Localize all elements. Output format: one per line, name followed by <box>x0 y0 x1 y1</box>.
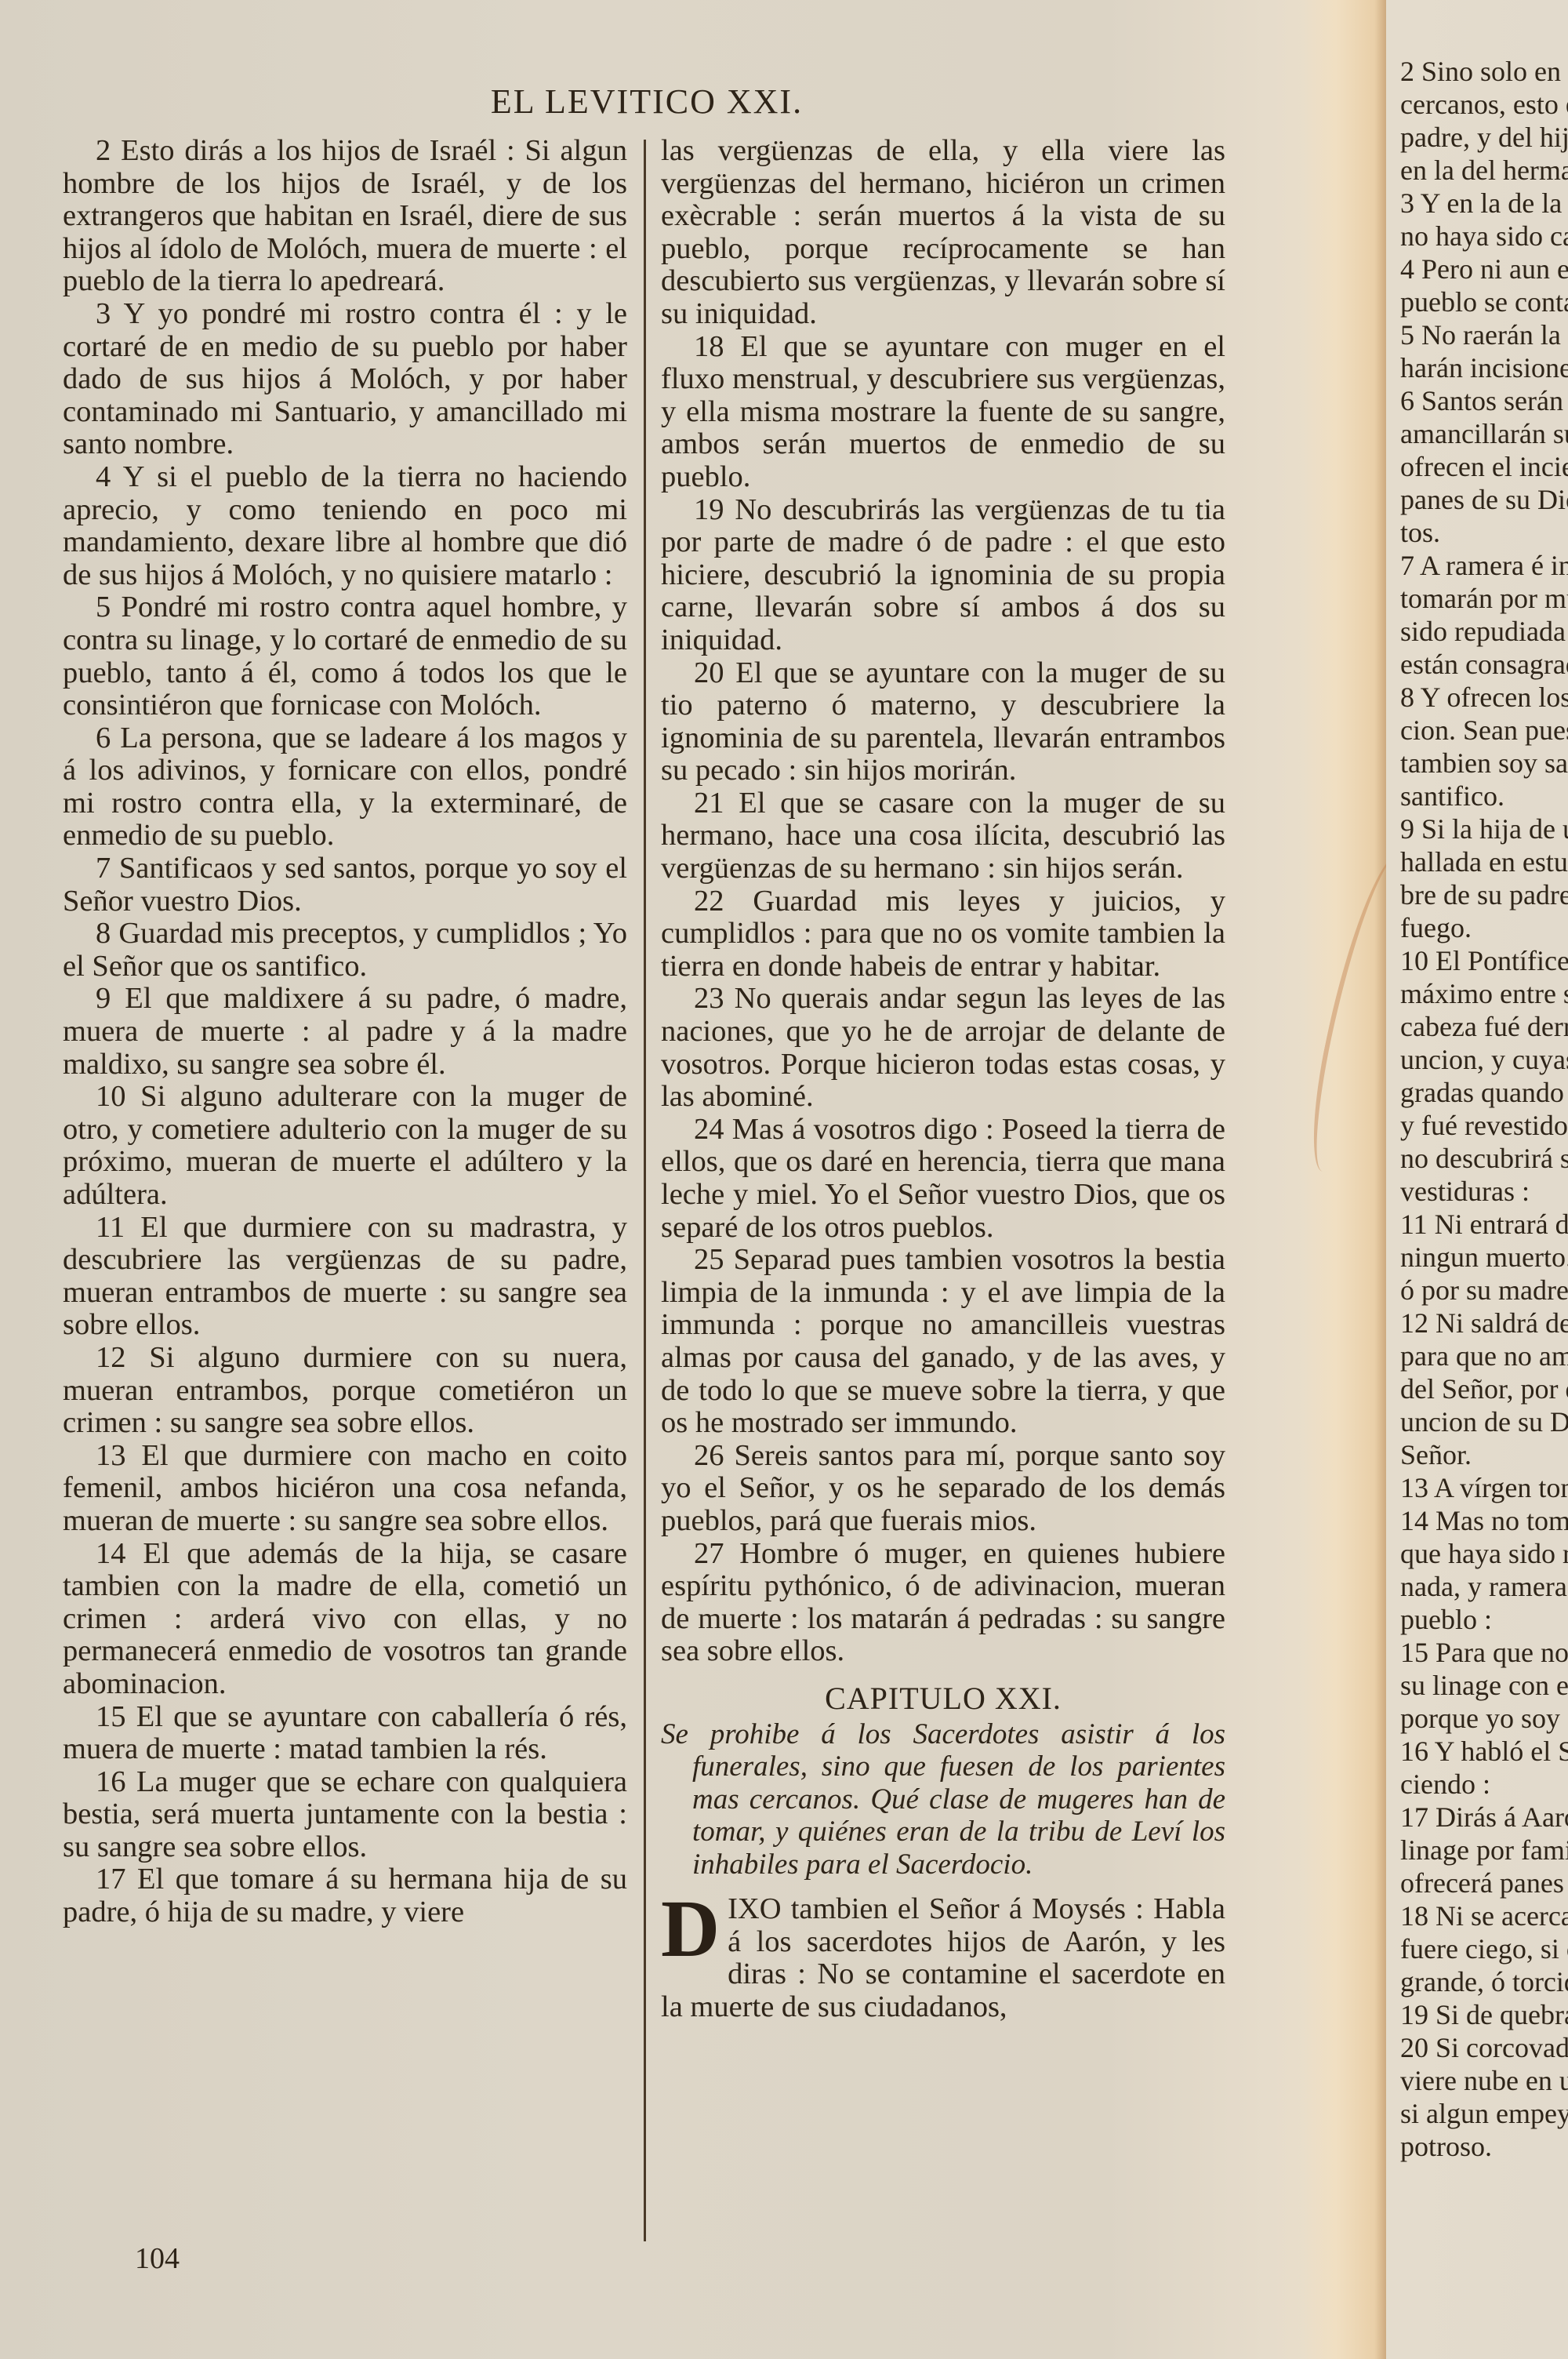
facing-page-line: si algun empeyne en <box>1400 2097 1568 2130</box>
facing-page-line: ó por su madre se contam <box>1400 1274 1568 1307</box>
facing-page-line: 17 Dirás á Aarón : <box>1400 1801 1568 1834</box>
facing-page-line: vestiduras : <box>1400 1175 1568 1208</box>
facing-page-line: potroso. <box>1400 2130 1568 2163</box>
verse: 7 Santificaos y sed santos, porque yo so… <box>63 852 627 918</box>
chapter-summary: Se prohibe á los Sacerdotes asistir á lo… <box>661 1718 1225 1881</box>
facing-page-line: 3 Y en la de la herma <box>1400 187 1568 220</box>
verse: 10 Si alguno adulterare con la muger de … <box>63 1081 627 1211</box>
facing-page-line: cion. Sean pues santo <box>1400 714 1568 747</box>
facing-page-line: ningun muerto. Ni au <box>1400 1241 1568 1274</box>
facing-page-line: pueblo se contaminará. <box>1400 285 1568 318</box>
facing-page-line: 11 Ni entrará de n <box>1400 1208 1568 1241</box>
facing-page-line: para que no amancil <box>1400 1339 1568 1372</box>
facing-page-line: 14 Mas no tomará <box>1400 1504 1568 1537</box>
facing-page-line: máximo entre sus herma <box>1400 977 1568 1010</box>
facing-page-line: uncion de su Dios está <box>1400 1405 1568 1438</box>
facing-page-line: están consagrados á su Di <box>1400 648 1568 681</box>
facing-page-line: nada, y ramera, sino u <box>1400 1570 1568 1603</box>
facing-page-line: cabeza fué derramado <box>1400 1010 1568 1043</box>
facing-page-line: uncion, y cuyas manos <box>1400 1043 1568 1076</box>
verse: 23 No querais andar segun las leyes de l… <box>661 983 1225 1113</box>
verse: 17 El que tomare á su hermana hija de su… <box>63 1863 627 1928</box>
verse: 24 Mas á vosotros digo : Poseed la tierr… <box>661 1114 1225 1244</box>
chapter-opening: DIXO tambien el Señor á Moysés : Habla á… <box>661 1893 1225 2023</box>
right-text-column: las vergüenzas de ella, y ella viere las… <box>661 135 1225 2023</box>
verse: 25 Separad pues tambien vosotros la best… <box>661 1244 1225 1440</box>
verse: 21 El que se casare con la muger de su h… <box>661 787 1225 885</box>
page-number: 104 <box>135 2241 180 2276</box>
facing-page-line: 8 Y ofrecen los panes <box>1400 681 1568 714</box>
facing-page-line: harán incisiones en sus car <box>1400 351 1568 384</box>
verse: 27 Hombre ó muger, en quienes hubiere es… <box>661 1538 1225 1668</box>
book-gutter <box>1301 0 1388 2359</box>
facing-page-line: ofrecen el incienso del <box>1400 450 1568 483</box>
verse: 8 Guardad mis preceptos, y cumplidlos ; … <box>63 918 627 983</box>
facing-page-line: su linage con el vulg <box>1400 1669 1568 1702</box>
facing-page-line: fuere ciego, si coxo, <box>1400 1932 1568 1965</box>
facing-page: 2 Sino solo en la de lcercanos, esto es,… <box>1386 0 1568 2359</box>
facing-page-line: del Señor, por quanto el <box>1400 1372 1568 1405</box>
verse: 15 El que se ayuntare con caballería ó r… <box>63 1701 627 1766</box>
facing-page-line: 12 Ni saldrá de los <box>1400 1307 1568 1339</box>
facing-page-line: sido repudiada por su m <box>1400 615 1568 648</box>
facing-page-line: 5 No raerán la cabeza, <box>1400 318 1568 351</box>
facing-page-line: 7 A ramera é infame <box>1400 549 1568 582</box>
verse: 9 El que maldixere á su padre, ó madre, … <box>63 983 627 1081</box>
verse: 14 El que además de la hija, se casare t… <box>63 1538 627 1701</box>
drop-cap: D <box>661 1896 720 1962</box>
facing-page-line: 13 A vírgen tomará P <box>1400 1471 1568 1504</box>
facing-page-line: amancillarán su nombre <box>1400 417 1568 450</box>
verse: 2 Esto dirás a los hijos de Israél : Si … <box>63 135 627 298</box>
facing-page-line: 9 Si la hija de un S <box>1400 812 1568 845</box>
verse: 13 El que durmiere con macho en coito fe… <box>63 1440 627 1538</box>
facing-page-line: fuego. <box>1400 911 1568 944</box>
chapter-title: CAPITULO XXI. <box>661 1682 1225 1715</box>
facing-page-line: cercanos, esto es, en la del <box>1400 88 1568 121</box>
facing-page-line: tomarán por muger, ni á <box>1400 582 1568 615</box>
column-rule <box>644 140 646 2241</box>
facing-page-line: 16 Y habló el Señ <box>1400 1735 1568 1768</box>
facing-page-line: 19 Si de quebrado <box>1400 1998 1568 2031</box>
facing-page-line: Señor. <box>1400 1438 1568 1471</box>
facing-page-line: no haya sido casada : <box>1400 220 1568 253</box>
facing-page-line: 10 El Pontífice, esto <box>1400 944 1568 977</box>
facing-page-line: no descubrirá su cabeza, <box>1400 1142 1568 1175</box>
facing-page-text: 2 Sino solo en la de lcercanos, esto es,… <box>1400 55 1568 2163</box>
facing-page-line: pueblo : <box>1400 1603 1568 1636</box>
verse: 16 La muger que se echare con qualquiera… <box>63 1766 627 1864</box>
verse: 5 Pondré mi rostro contra aquel hombre, … <box>63 591 627 722</box>
verse-continuation: las vergüenzas de ella, y ella viere las… <box>661 135 1225 331</box>
verse: 12 Si alguno durmiere con su nuera, muer… <box>63 1342 627 1440</box>
facing-page-line: panes de su Dios, y por <box>1400 483 1568 516</box>
facing-page-line: 4 Pero ni aun en el P <box>1400 253 1568 285</box>
facing-page-line: gradas quando recibió <box>1400 1076 1568 1109</box>
facing-page-line: hallada en estupro, y v <box>1400 845 1568 878</box>
facing-page-line: padre, y del hijo y de la <box>1400 121 1568 154</box>
left-text-column: 2 Esto dirás a los hijos de Israél : Si … <box>63 135 627 1929</box>
facing-page-line: en la del hermano, <box>1400 154 1568 187</box>
facing-page-line: porque yo soy el Señor <box>1400 1702 1568 1735</box>
facing-page-line: tambien soy santo, el S <box>1400 747 1568 780</box>
verse: 4 Y si el pueblo de la tierra no haciend… <box>63 461 627 591</box>
facing-page-line: santifico. <box>1400 780 1568 812</box>
facing-page-line: viere nube en un ojo <box>1400 2064 1568 2097</box>
facing-page-line: 18 Ni se acercará á <box>1400 1899 1568 1932</box>
verse: 11 El que durmiere con su madrastra, y d… <box>63 1212 627 1342</box>
facing-page-line: ofrecerá panes á su Di <box>1400 1866 1568 1899</box>
verse: 20 El que se ayuntare con la muger de su… <box>661 657 1225 787</box>
facing-page-line: que haya sido repud <box>1400 1537 1568 1570</box>
facing-page-line: tos. <box>1400 516 1568 549</box>
verse: 18 El que se ayuntare con muger en el fl… <box>661 331 1225 494</box>
facing-page-line: 6 Santos serán para s <box>1400 384 1568 417</box>
facing-page-line: grande, ó torcida, <box>1400 1965 1568 1998</box>
verse: 26 Sereis santos para mí, porque santo s… <box>661 1440 1225 1538</box>
facing-page-line: ciendo : <box>1400 1768 1568 1801</box>
verse: 3 Y yo pondré mi rostro contra él : y le… <box>63 298 627 461</box>
verse: 22 Guardad mis leyes y juicios, y cumpli… <box>661 885 1225 983</box>
facing-page-line: 15 Para que no me <box>1400 1636 1568 1669</box>
running-title: EL LEVITICO XXI. <box>0 82 1294 122</box>
facing-page-line: y fué revestido de las sa <box>1400 1109 1568 1142</box>
verse: 6 La persona, que se ladeare á los magos… <box>63 722 627 852</box>
verse: 19 No descubrirás las vergüenzas de tu t… <box>661 494 1225 657</box>
facing-page-line: 20 Si corcovado, s <box>1400 2031 1568 2064</box>
facing-page-line: 2 Sino solo en la de l <box>1400 55 1568 88</box>
facing-page-line: bre de su padre, será <box>1400 878 1568 911</box>
opening-text: IXO tambien el Señor á Moysés : Habla á … <box>661 1892 1225 2023</box>
facing-page-line: linage por familias que t <box>1400 1834 1568 1866</box>
